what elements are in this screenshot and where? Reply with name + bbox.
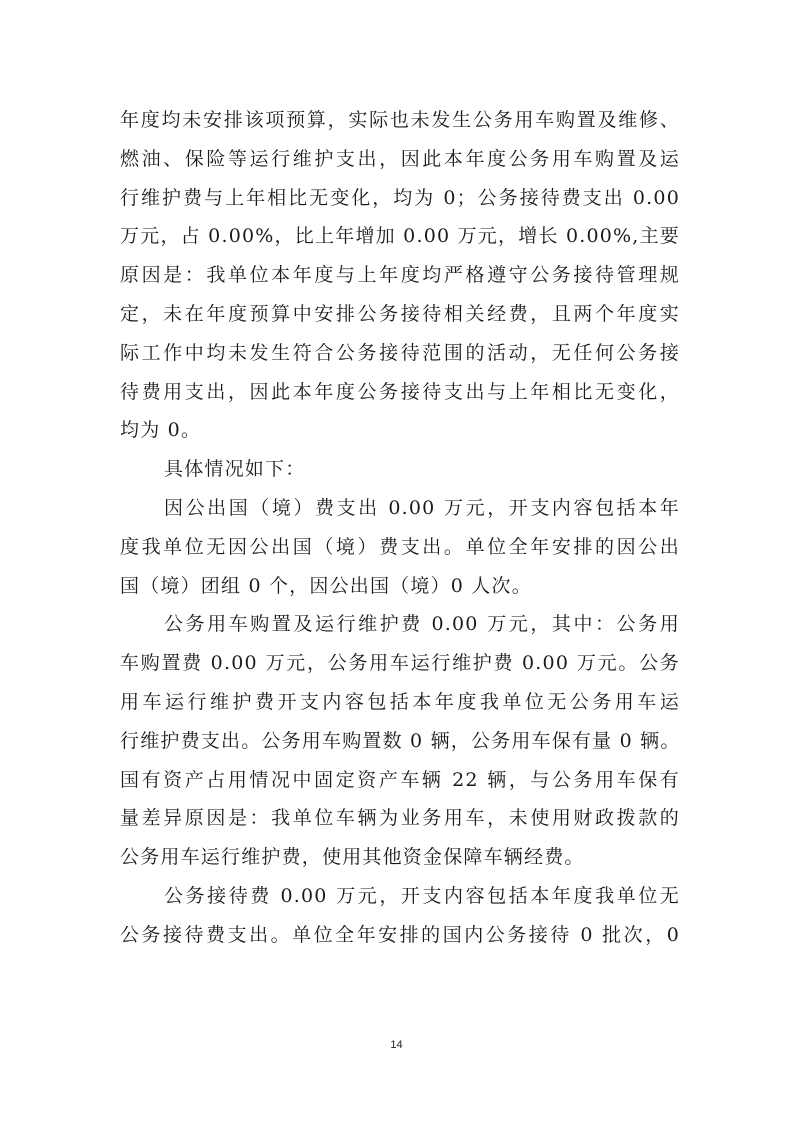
- text-line: 行维护费支出。公务用车购置数 0 辆，公务用车保有量 0 辆。: [120, 722, 680, 761]
- text-line: 国（境）团组 0 个，因公出国（境）0 人次。: [120, 567, 680, 606]
- text-line: 量差异原因是：我单位车辆为业务用车，未使用财政拨款的: [120, 799, 680, 838]
- text-line: 车购置费 0.00 万元，公务用车运行维护费 0.00 万元。公务: [120, 644, 680, 683]
- paragraph-overseas-travel: 因公出国（境）费支出 0.00 万元，开支内容包括本年 度我单位无因公出国（境）…: [120, 489, 680, 605]
- document-page: 年度均未安排该项预算，实际也未发生公务用车购置及维修、 燃油、保险等运行维护支出…: [0, 0, 793, 1122]
- text-line: 年度均未安排该项预算，实际也未发生公务用车购置及维修、: [120, 101, 680, 140]
- text-line: 具体情况如下：: [120, 450, 680, 489]
- text-line: 待费用支出，因此本年度公务接待支出与上年相比无变化，: [120, 373, 680, 412]
- text-line: 公务用车运行维护费，使用其他资金保障车辆经费。: [120, 838, 680, 877]
- text-line: 公务接待费支出。单位全年安排的国内公务接待 0 批次，0: [120, 916, 680, 955]
- text-line: 用车运行维护费开支内容包括本年度我单位无公务用车运: [120, 683, 680, 722]
- text-line: 际工作中均未发生符合公务接待范围的活动，无任何公务接: [120, 334, 680, 373]
- text-line: 公务接待费 0.00 万元，开支内容包括本年度我单位无: [120, 877, 680, 916]
- text-line: 均为 0。: [120, 411, 680, 450]
- text-line: 国有资产占用情况中固定资产车辆 22 辆，与公务用车保有: [120, 761, 680, 800]
- text-line: 行维护费与上年相比无变化，均为 0；公务接待费支出 0.00: [120, 179, 680, 218]
- paragraph-official-vehicles: 公务用车购置及运行维护费 0.00 万元，其中：公务用 车购置费 0.00 万元…: [120, 605, 680, 877]
- text-line: 原因是：我单位本年度与上年度均严格遵守公务接待管理规: [120, 256, 680, 295]
- body-text: 年度均未安排该项预算，实际也未发生公务用车购置及维修、 燃油、保险等运行维护支出…: [120, 101, 680, 955]
- text-line: 万元，占 0.00%，比上年增加 0.00 万元，增长 0.00%,主要: [120, 217, 680, 256]
- page-number: 14: [0, 1039, 793, 1051]
- paragraph-vehicle-and-reception-summary: 年度均未安排该项预算，实际也未发生公务用车购置及维修、 燃油、保险等运行维护支出…: [120, 101, 680, 450]
- paragraph-official-reception: 公务接待费 0.00 万元，开支内容包括本年度我单位无 公务接待费支出。单位全年…: [120, 877, 680, 955]
- paragraph-details-intro: 具体情况如下：: [120, 450, 680, 489]
- text-line: 度我单位无因公出国（境）费支出。单位全年安排的因公出: [120, 528, 680, 567]
- text-line: 定，未在年度预算中安排公务接待相关经费，且两个年度实: [120, 295, 680, 334]
- text-line: 因公出国（境）费支出 0.00 万元，开支内容包括本年: [120, 489, 680, 528]
- text-line: 公务用车购置及运行维护费 0.00 万元，其中：公务用: [120, 605, 680, 644]
- text-line: 燃油、保险等运行维护支出，因此本年度公务用车购置及运: [120, 140, 680, 179]
